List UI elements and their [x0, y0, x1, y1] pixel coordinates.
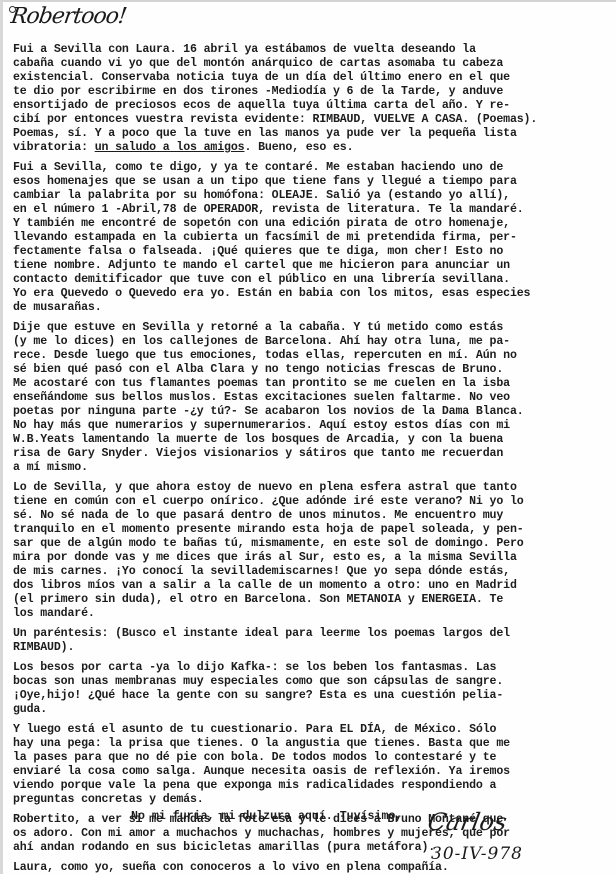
letter-body: Fui a Sevilla con Laura. 16 abril ya est… [13, 43, 553, 874]
text-line: vibratoria: un saludo a los amigos. Buen… [13, 141, 553, 155]
text-line: existencial. Conservaba noticia tuya de … [13, 71, 553, 85]
text-line: mira por donde vas y me dices que irás a… [13, 551, 553, 565]
text-line: cibí por entonces vuestra revista eviden… [13, 113, 553, 127]
closing-line: No mi furia, mi dulzura aquí. Tuyísimo, [131, 810, 402, 823]
text-line: enseñándome sus bellos muslos. Estas exc… [13, 391, 553, 405]
text-line: sé bien qué pasó con el Alba Clara y no … [13, 363, 553, 377]
text-line: cambiar la palabrita por su homófona: OL… [13, 189, 553, 203]
letter-paragraph: Dije que estuve en Sevilla y retorné a l… [13, 321, 553, 475]
text-line: Fui a Sevilla con Laura. 16 abril ya est… [13, 43, 553, 57]
text-line: W.B.Yeats lamentando la muerte de los bo… [13, 433, 553, 447]
text-line: sar que de algún modo te bañas tú, misma… [13, 537, 553, 551]
text-line: No hay más que numerarios y supernumerar… [13, 419, 553, 433]
underlined-phrase: un saludo a los amigos [95, 141, 245, 154]
salutation: Robertooo! [9, 4, 127, 29]
text-line: Y también me encontré de sopetón con una… [13, 217, 553, 231]
text-line: guda. [13, 703, 553, 717]
letter-paragraph: Y luego está el asunto de tu cuestionari… [13, 723, 553, 807]
text-line: Lo de Sevilla, y que ahora estoy de nuev… [13, 481, 553, 495]
text-line: sé. No sé nada de lo que pasará dentro d… [13, 509, 553, 523]
text-line: Un paréntesis: (Busco el instante ideal … [13, 627, 553, 641]
text-line: rece. Desde luego que tus emociones, tod… [13, 349, 553, 363]
text-line: Fui a Sevilla, como te digo, y ya te con… [13, 161, 553, 175]
text-line: tranquilo en el momento presente mirando… [13, 523, 553, 537]
text-line: esos homenajes que se usan a un tipo que… [13, 175, 553, 189]
text-line: llevando estampada en la cubierta un fac… [13, 231, 553, 245]
letter-paragraph: Fui a Sevilla, como te digo, y ya te con… [13, 161, 553, 315]
text-line: contacto demitificador que tuve con el p… [13, 273, 553, 287]
text-line: Poemas, sí. Y a poco que la tuve en las … [13, 127, 553, 141]
handwritten-signature: Carlos [426, 808, 510, 836]
text-line: cabaña cuando vi yo que del montón anárq… [13, 57, 553, 71]
text-line: te dio por escribirme en dos tirones -Me… [13, 85, 553, 99]
text-line: a mí mismo. [13, 461, 553, 475]
text-line: ensortijado de preciosos ecos de aquella… [13, 99, 553, 113]
text-line: Me acostaré con tus flamantes poemas tan… [13, 377, 553, 391]
text-line: bocas son unas membranas muy especiales … [13, 675, 553, 689]
text-line: (y me lo dices) en los callejones de Bar… [13, 335, 553, 349]
text-line: Los besos por carta -ya lo dijo Kafka-: … [13, 661, 553, 675]
text-line: (el primero sin duda), el otro en Barcel… [13, 593, 553, 607]
text-line: RIMBAUD). [13, 641, 553, 655]
text-line: Y luego está el asunto de tu cuestionari… [13, 723, 553, 737]
text-line: enviaré la cosa como salga. Aunque neces… [13, 765, 553, 779]
text-line: Yo era Quevedo o Quevedo era yo. Están e… [13, 287, 553, 301]
text-line: dos libros míos van a salir a la calle d… [13, 579, 553, 593]
letter-paragraph: Fui a Sevilla con Laura. 16 abril ya est… [13, 43, 553, 155]
text-line: viendo porque vale la pena que exponga m… [13, 779, 553, 793]
text-line: poetas por ninguna parte -¿y tú?- Se aca… [13, 405, 553, 419]
text-line: risa de Gary Snyder. Viejos visionarios … [13, 447, 553, 461]
text-line: los mandaré. [13, 607, 553, 621]
text-line: fectamente falsa o falseada. ¡Qué quiere… [13, 245, 553, 259]
letter-paragraph: Los besos por carta -ya lo dijo Kafka-: … [13, 661, 553, 717]
text-line: Dije que estuve en Sevilla y retorné a l… [13, 321, 553, 335]
text-line: preguntas concretas y demás. [13, 793, 553, 807]
text-line: en el número 1 -Abril,78 de OPERADOR, re… [13, 203, 553, 217]
text-line: tiene nombre. Adjunto te mando el cartel… [13, 259, 553, 273]
text-line: tiene en común con el cuerpo onírico. ¿Q… [13, 495, 553, 509]
text-line: de mis carnes. ¡Yo conocí la sevillademi… [13, 565, 553, 579]
letter-paragraph: Lo de Sevilla, y que ahora estoy de nuev… [13, 481, 553, 621]
letter-paragraph: Un paréntesis: (Busco el instante ideal … [13, 627, 553, 655]
text-line: la pases para que no dé pie con bola. De… [13, 751, 553, 765]
signature-date: 30-IV-978 [431, 844, 523, 864]
text-line: de musarañas. [13, 301, 553, 315]
text-line: ¡Oye,hijo! ¿Qué hace la gente con su san… [13, 689, 553, 703]
letter-page: Robertooo! Fui a Sevilla con Laura. 16 a… [0, 0, 616, 874]
text-line: hay una pega: la prisa que tienes. O la … [13, 737, 553, 751]
